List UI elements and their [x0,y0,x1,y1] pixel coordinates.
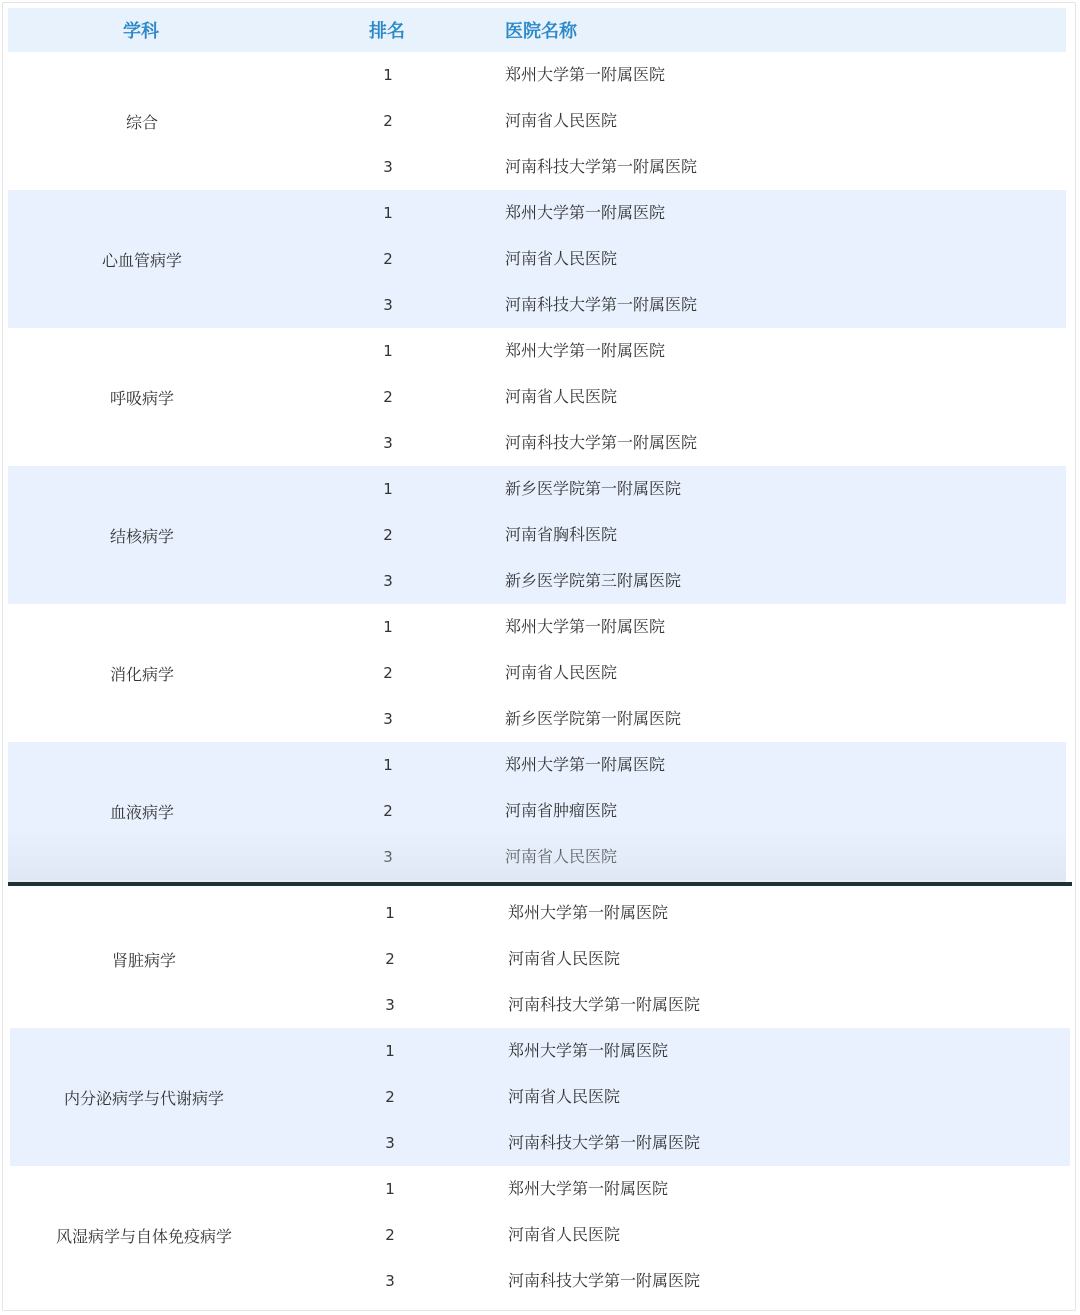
hospital-cell: 河南科技大学第一附属医院 [505,282,697,328]
subject-group: 心血管病学 1 郑州大学第一附属医院 2 河南省人民医院 3 河南科技大学第一附… [8,190,1066,328]
table-row: 2 河南省人民医院 [10,1212,1070,1258]
hospital-cell: 郑州大学第一附属医院 [505,52,665,98]
header-rank: 排名 [369,17,405,43]
hospital-cell: 河南科技大学第一附属医院 [508,982,700,1028]
subject-group: 呼吸病学 1 郑州大学第一附属医院 2 河南省人民医院 3 河南科技大学第一附属… [8,328,1066,466]
rank-cell: 2 [378,788,398,834]
subject-group: 血液病学 1 郑州大学第一附属医院 2 河南省肿瘤医院 3 河南省人民医院 [8,742,1066,880]
table-header: 学科 排名 医院名称 [8,8,1066,52]
rank-cell: 1 [378,742,398,788]
table-row: 2 河南省人民医院 [8,650,1066,696]
hospital-cell: 新乡医学院第一附属医院 [505,696,681,742]
hospital-cell: 河南省人民医院 [505,650,617,696]
rank-cell: 3 [378,144,398,190]
table-row: 3 河南科技大学第一附属医院 [10,982,1070,1028]
table-row: 3 河南科技大学第一附属医院 [10,1120,1070,1166]
table-row: 2 河南省人民医院 [10,936,1070,982]
rank-cell: 1 [380,1028,400,1074]
rank-cell: 2 [378,374,398,420]
table-row: 1 新乡医学院第一附属医院 [8,466,1066,512]
hospital-cell: 河南省人民医院 [505,98,617,144]
hospital-cell: 郑州大学第一附属医院 [505,328,665,374]
table-row: 1 郑州大学第一附属医院 [8,604,1066,650]
hospital-cell: 新乡医学院第一附属医院 [505,466,681,512]
rank-cell: 1 [378,604,398,650]
table-row: 3 河南科技大学第一附属医院 [8,420,1066,466]
table-row: 2 河南省胸科医院 [8,512,1066,558]
rank-cell: 1 [378,52,398,98]
rank-cell: 3 [380,1258,400,1304]
hospital-cell: 郑州大学第一附属医院 [508,1028,668,1074]
table-row: 1 郑州大学第一附属医院 [8,190,1066,236]
ranking-table-top: 学科 排名 医院名称 综合 1 郑州大学第一附属医院 2 河南省人民医院 3 河… [8,8,1066,880]
rank-cell: 3 [378,558,398,604]
hospital-cell: 郑州大学第一附属医院 [505,190,665,236]
table-row: 3 河南科技大学第一附属医院 [10,1258,1070,1304]
rank-cell: 3 [378,834,398,880]
hospital-cell: 河南省人民医院 [508,1212,620,1258]
hospital-cell: 河南省人民医院 [508,1074,620,1120]
hospital-cell: 郑州大学第一附属医院 [508,890,668,936]
rank-cell: 3 [380,1120,400,1166]
stitch-separator-line [8,882,1072,886]
rank-cell: 1 [378,328,398,374]
hospital-cell: 河南省人民医院 [508,936,620,982]
hospital-cell: 河南科技大学第一附属医院 [505,144,697,190]
header-hospital: 医院名称 [505,17,577,43]
rank-cell: 3 [378,282,398,328]
hospital-cell: 新乡医学院第三附属医院 [505,558,681,604]
subject-group: 综合 1 郑州大学第一附属医院 2 河南省人民医院 3 河南科技大学第一附属医院 [8,52,1066,190]
table-row: 2 河南省肿瘤医院 [8,788,1066,834]
hospital-cell: 河南省肿瘤医院 [505,788,617,834]
rank-cell: 2 [378,512,398,558]
table-row: 2 河南省人民医院 [8,374,1066,420]
table-row: 1 郑州大学第一附属医院 [10,1166,1070,1212]
rank-cell: 2 [378,236,398,282]
rank-cell: 1 [378,466,398,512]
rank-cell: 2 [378,650,398,696]
table-row: 3 河南科技大学第一附属医院 [8,282,1066,328]
table-row: 2 河南省人民医院 [8,236,1066,282]
subject-group: 风湿病学与自体免疫病学 1 郑州大学第一附属医院 2 河南省人民医院 3 河南科… [10,1166,1070,1304]
rank-cell: 2 [378,98,398,144]
rank-cell: 2 [380,1212,400,1258]
header-subject: 学科 [123,17,159,43]
rank-cell: 3 [378,696,398,742]
hospital-cell: 河南科技大学第一附属医院 [508,1120,700,1166]
subject-group: 消化病学 1 郑州大学第一附属医院 2 河南省人民医院 3 新乡医学院第一附属医… [8,604,1066,742]
ranking-table-bottom: 肾脏病学 1 郑州大学第一附属医院 2 河南省人民医院 3 河南科技大学第一附属… [10,890,1070,1304]
hospital-cell: 河南科技大学第一附属医院 [508,1258,700,1304]
hospital-cell: 河南省人民医院 [505,236,617,282]
rank-cell: 3 [378,420,398,466]
table-row: 3 河南科技大学第一附属医院 [8,144,1066,190]
rank-cell: 1 [380,1166,400,1212]
hospital-cell: 河南科技大学第一附属医院 [505,420,697,466]
table-row: 3 河南省人民医院 [8,834,1066,880]
subject-group: 肾脏病学 1 郑州大学第一附属医院 2 河南省人民医院 3 河南科技大学第一附属… [10,890,1070,1028]
table-row: 3 新乡医学院第三附属医院 [8,558,1066,604]
subject-group: 结核病学 1 新乡医学院第一附属医院 2 河南省胸科医院 3 新乡医学院第三附属… [8,466,1066,604]
hospital-cell: 河南省人民医院 [505,374,617,420]
rank-cell: 1 [378,190,398,236]
rank-cell: 2 [380,936,400,982]
rank-cell: 3 [380,982,400,1028]
table-row: 2 河南省人民医院 [8,98,1066,144]
hospital-cell: 郑州大学第一附属医院 [505,742,665,788]
table-row: 1 郑州大学第一附属医院 [10,890,1070,936]
subject-group: 内分泌病学与代谢病学 1 郑州大学第一附属医院 2 河南省人民医院 3 河南科技… [10,1028,1070,1166]
table-row: 1 郑州大学第一附属医院 [8,328,1066,374]
rank-cell: 1 [380,890,400,936]
hospital-cell: 河南省人民医院 [505,834,617,880]
table-row: 1 郑州大学第一附属医院 [8,742,1066,788]
hospital-cell: 郑州大学第一附属医院 [508,1166,668,1212]
table-row: 1 郑州大学第一附属医院 [10,1028,1070,1074]
table-row: 3 新乡医学院第一附属医院 [8,696,1066,742]
table-row: 2 河南省人民医院 [10,1074,1070,1120]
hospital-cell: 河南省胸科医院 [505,512,617,558]
rank-cell: 2 [380,1074,400,1120]
table-row: 1 郑州大学第一附属医院 [8,52,1066,98]
hospital-cell: 郑州大学第一附属医院 [505,604,665,650]
